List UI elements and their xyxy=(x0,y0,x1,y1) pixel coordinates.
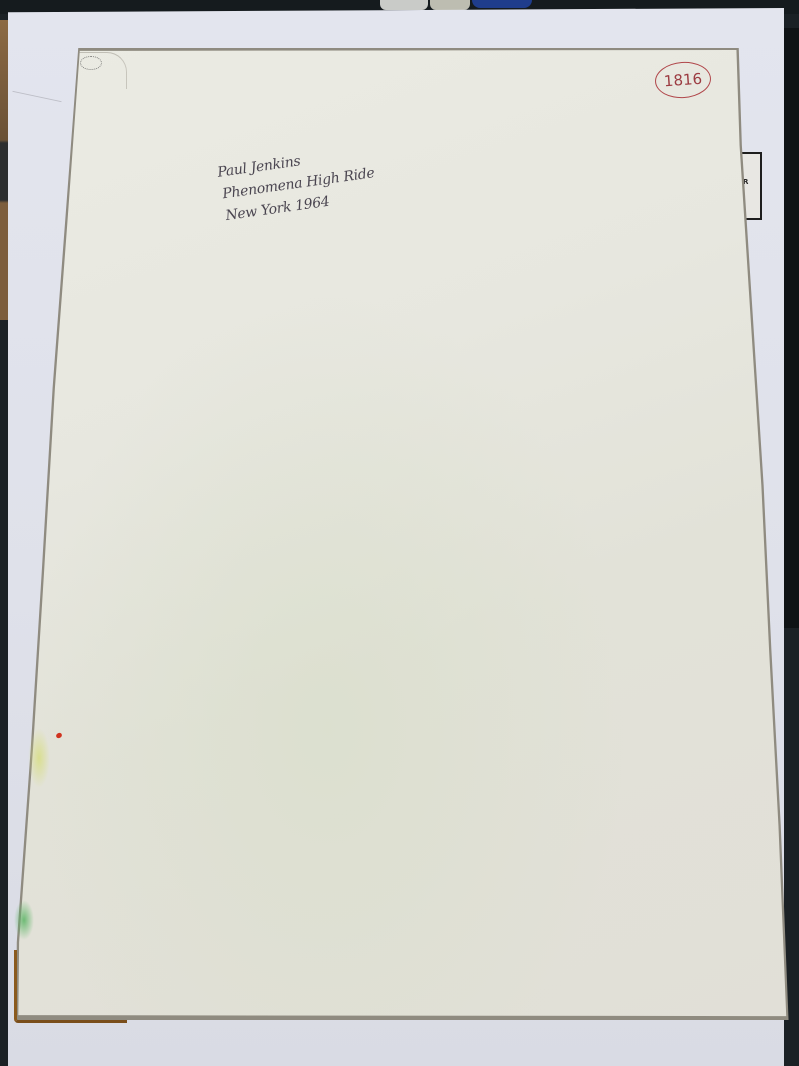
stamp-mark xyxy=(80,56,102,70)
background-object xyxy=(380,0,428,10)
background-object-blue xyxy=(472,0,532,8)
brown-edge-stain xyxy=(14,950,127,1023)
green-paint-stain xyxy=(14,900,34,940)
paper-sheet xyxy=(16,48,794,1020)
background-object xyxy=(430,0,470,10)
yellow-paint-stain xyxy=(28,728,50,788)
